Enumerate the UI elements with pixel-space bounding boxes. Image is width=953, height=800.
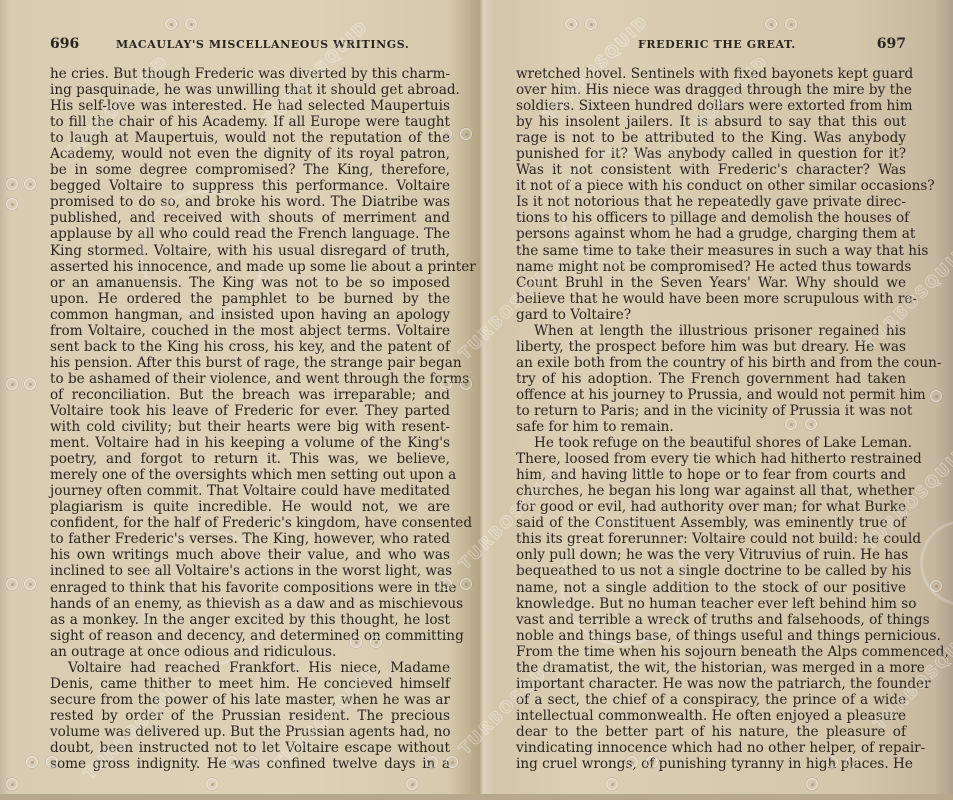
watermark-ring-icon <box>826 756 838 768</box>
open-book-spread: 696 MACAULAY'S MISCELLANEOUS WRITINGS. h… <box>0 0 953 800</box>
watermark-ring-icon <box>930 390 942 402</box>
text-line: Academy, would not even the dignity of i… <box>50 146 450 162</box>
watermark-ring-icon <box>246 756 258 768</box>
text-line: ing pasquinade, he was unwilling that it… <box>50 82 450 98</box>
watermark-swirl-icon <box>920 520 953 606</box>
watermark-ring-icon <box>585 18 597 30</box>
watermark-ring-icon <box>406 778 418 790</box>
watermark-swirl-icon <box>560 520 686 646</box>
text-line: rage is not to be attributed to the King… <box>516 130 906 146</box>
watermark-ring-icon <box>805 418 817 430</box>
left-page-body: he cries. But though Frederic was divert… <box>50 66 450 772</box>
text-line: sent back to the King his cross, his key… <box>50 339 450 355</box>
book-gutter <box>470 0 494 800</box>
text-line: From the time when his sojourn beneath t… <box>516 644 906 660</box>
text-line: he cries. But though Frederic was divert… <box>50 66 450 82</box>
left-running-head: 696 MACAULAY'S MISCELLANEOUS WRITINGS. <box>46 38 450 56</box>
text-line: rested by order of the Prussian resident… <box>50 708 450 724</box>
watermark-ring-icon <box>165 18 177 30</box>
watermark-ring-icon <box>460 378 472 390</box>
text-line: begged Voltaire to suppress this perform… <box>50 178 450 194</box>
text-line: name might not be compromised? He acted … <box>516 259 906 275</box>
left-page-edge <box>0 0 10 800</box>
watermark-ring-icon <box>440 578 452 590</box>
watermark-ring-icon <box>370 636 382 648</box>
text-line: secure from the power of his late master… <box>50 692 450 708</box>
text-line: believe that he would have been more scr… <box>516 291 906 307</box>
text-line: Voltaire had reached Frankfort. His niec… <box>50 660 450 676</box>
watermark-ring-icon <box>440 378 452 390</box>
watermark-ring-icon <box>26 756 38 768</box>
text-line: to be ashamed of their violence, and wen… <box>50 371 450 387</box>
text-line: the dramatist, the wit, the historian, w… <box>516 660 906 676</box>
watermark-ring-icon <box>206 778 218 790</box>
text-line: promised to do so, and broke his word. T… <box>50 194 450 210</box>
watermark-ring-icon <box>646 756 658 768</box>
text-line: try of his adoption. The French governme… <box>516 371 906 387</box>
watermark-ring-icon <box>806 778 818 790</box>
watermark-ring-icon <box>6 778 18 790</box>
text-line: plagiarism is quite incredible. He would… <box>50 499 450 515</box>
watermark-swirl-icon <box>140 190 266 316</box>
text-line: churches, he began his long war against … <box>516 483 906 499</box>
text-line: gard to Voltaire? <box>516 307 906 323</box>
watermark-ring-icon <box>765 18 777 30</box>
watermark-ring-icon <box>350 636 362 648</box>
text-line: journey often commit. That Voltaire coul… <box>50 483 450 499</box>
text-line: safe for him to remain. <box>516 419 906 435</box>
watermark-ring-icon <box>846 756 858 768</box>
text-line: Voltaire took his leave of Frederic for … <box>50 403 450 419</box>
watermark-ring-icon <box>446 756 458 768</box>
text-line: dear to the better part of his nature, t… <box>516 724 906 740</box>
page-number: 696 <box>50 36 79 52</box>
watermark-ring-icon <box>24 178 36 190</box>
text-line: volume was delivered up. But the Prussia… <box>50 724 450 740</box>
text-line: an exile both from the country of his bi… <box>516 355 906 371</box>
running-head-title: FREDERIC THE GREAT. <box>638 38 796 51</box>
text-line: from Voltaire, couched in the most abjec… <box>50 323 450 339</box>
watermark-ring-icon <box>426 756 438 768</box>
text-line: poetry, and forgot to return it. This wa… <box>50 451 450 467</box>
text-line: his pension. After this burst of rage, t… <box>50 355 450 371</box>
text-line: with cold civility; but their hearts wer… <box>50 419 450 435</box>
text-line: noble and things base, of things useful … <box>516 628 906 644</box>
text-line: liberty, the prospect before him was but… <box>516 339 906 355</box>
watermark-swirl-icon <box>140 530 276 666</box>
text-line: common hangman, and insisted upon having… <box>50 307 450 323</box>
text-line: to laugh at Maupertuis, would not the re… <box>50 130 450 146</box>
watermark-swirl-icon <box>560 150 676 266</box>
watermark-ring-icon <box>460 578 472 590</box>
watermark-ring-icon <box>46 756 58 768</box>
watermark-ring-icon <box>785 418 797 430</box>
text-line: said of the Constituent Assembly, was em… <box>516 515 906 531</box>
text-line: offence at his journey to Prussia, and w… <box>516 387 906 403</box>
watermark-ring-icon <box>24 378 36 390</box>
watermark-ring-icon <box>440 128 452 140</box>
text-line: Count Bruhl in the Seven Years' War. Why… <box>516 275 906 291</box>
running-head-title: MACAULAY'S MISCELLANEOUS WRITINGS. <box>116 38 409 51</box>
watermark-ring-icon <box>785 18 797 30</box>
watermark-ring-icon <box>6 178 18 190</box>
watermark-ring-icon <box>626 756 638 768</box>
text-line: of a sect, the chief of a conspiracy, th… <box>516 692 906 708</box>
text-line: to return to Paris; and in the vicinity … <box>516 403 906 419</box>
text-line: important character. He was now the patr… <box>516 676 906 692</box>
watermark-ring-icon <box>185 18 197 30</box>
text-line: for good or evil, had authority over man… <box>516 499 906 515</box>
text-line: ment. Voltaire had in his keeping a volu… <box>50 435 450 451</box>
text-line: vindicating innocence which had no other… <box>516 740 906 756</box>
text-line: be in some degree compromised? The King,… <box>50 162 450 178</box>
text-line: Denis, came thither to meet him. He conc… <box>50 676 450 692</box>
text-line: confident, for the half of Frederic's ki… <box>50 515 450 531</box>
right-running-head: FREDERIC THE GREAT. 697 <box>516 38 906 56</box>
watermark-ring-icon <box>606 778 618 790</box>
text-line: him, and having little to hope or to fea… <box>516 467 906 483</box>
watermark-ring-icon <box>6 378 18 390</box>
text-line: intellectual commonwealth. He often enjo… <box>516 708 906 724</box>
text-line: merely one of the oversights which men s… <box>50 467 450 483</box>
watermark-ring-icon <box>6 198 18 210</box>
text-line: punished for it? Was anybody called in q… <box>516 146 906 162</box>
watermark-ring-icon <box>226 756 238 768</box>
watermark-ring-icon <box>565 18 577 30</box>
watermark-ring-icon <box>460 128 472 140</box>
text-line: of reconciliation. But the breach was ir… <box>50 387 450 403</box>
watermark-ring-icon <box>6 578 18 590</box>
text-line: He took refuge on the beautiful shores o… <box>516 435 906 451</box>
text-line: When at length the illustrious prisoner … <box>516 323 906 339</box>
page-number: 697 <box>877 36 906 52</box>
text-line: There, loosed from every tie which had h… <box>516 451 906 467</box>
watermark-ring-icon <box>24 578 36 590</box>
